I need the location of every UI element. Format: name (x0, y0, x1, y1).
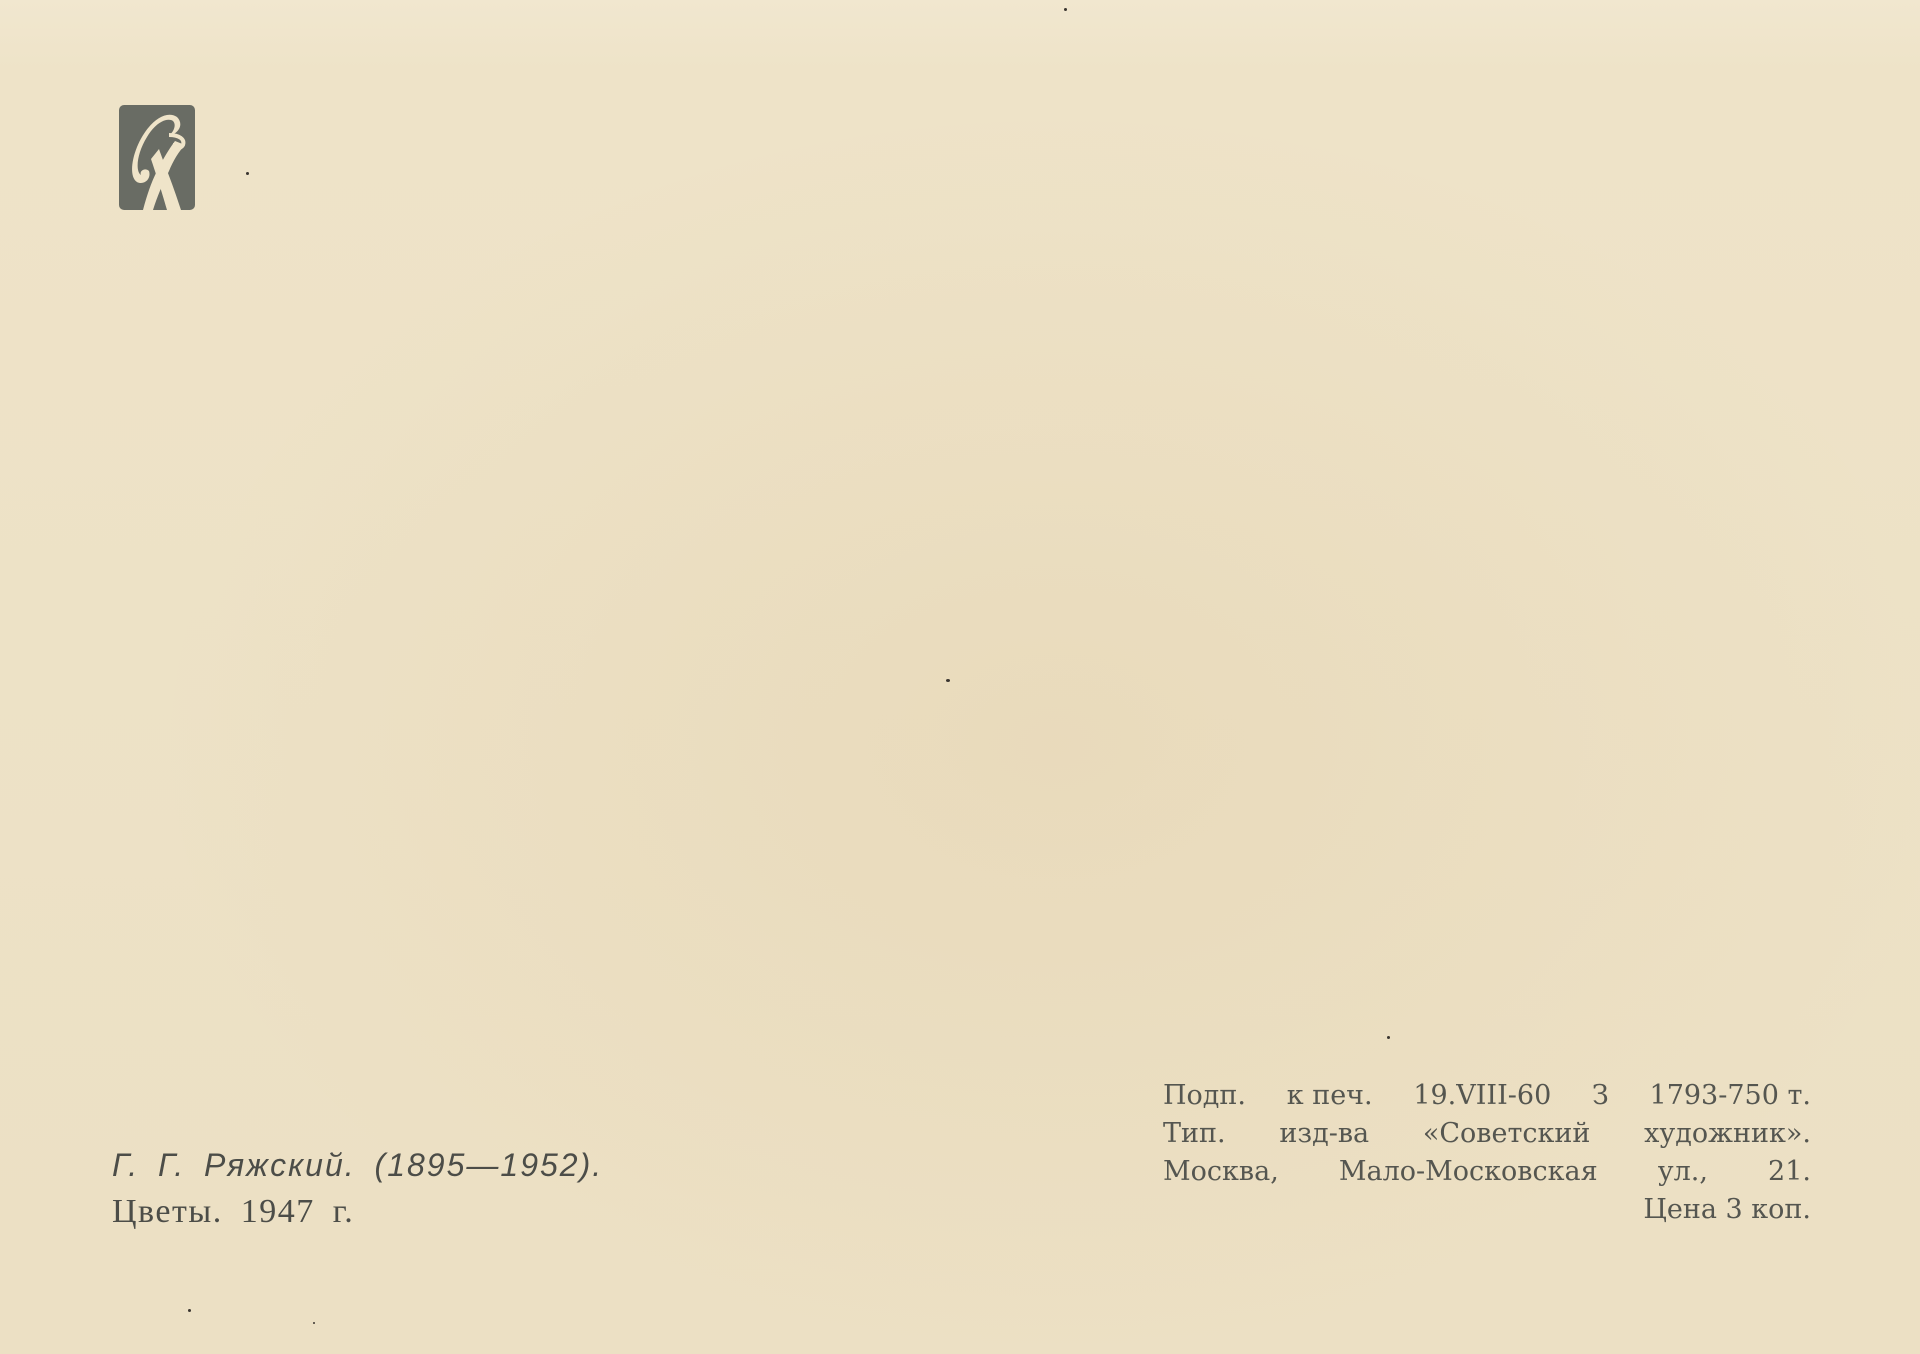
imprint-house-number: 21. (1768, 1153, 1811, 1191)
imprint-line-printer: Тип. изд-ва «Советский художник». (1163, 1115, 1811, 1153)
imprint-word: Тип. (1163, 1115, 1226, 1153)
imprint-line-print-date: Подп. к печ. 19.VIII-60 З 1793-750 т. (1163, 1077, 1811, 1115)
artwork-title: Цветы. 1947 г. (112, 1187, 603, 1237)
imprint-price: Цена 3 коп. (1643, 1191, 1811, 1229)
imprint-line-price: Цена 3 коп. (1163, 1191, 1811, 1229)
publisher-imprint: Подп. к печ. 19.VIII-60 З 1793-750 т. Ти… (1163, 1077, 1811, 1229)
imprint-order-code: З (1592, 1077, 1609, 1115)
imprint-line-address: Москва, Мало-Московская ул., 21. (1163, 1153, 1811, 1191)
imprint-date: 19.VIII-60 (1413, 1077, 1551, 1115)
imprint-print-run: 1793-750 т. (1650, 1077, 1811, 1115)
imprint-word: Подп. (1163, 1077, 1246, 1115)
imprint-publisher: «Советский (1423, 1115, 1591, 1153)
artwork-caption: Г. Г. Ряжский. (1895—1952). Цветы. 1947 … (112, 1143, 603, 1237)
sovetsky-khudozhnik-monogram-icon (119, 105, 195, 210)
publisher-logo (119, 105, 195, 210)
imprint-street: Мало-Московская (1339, 1153, 1598, 1191)
imprint-word: ул., (1658, 1153, 1708, 1191)
imprint-city: Москва, (1163, 1153, 1279, 1191)
imprint-word: изд-ва (1279, 1115, 1369, 1153)
imprint-publisher: художник». (1644, 1115, 1811, 1153)
artist-name: Г. Г. Ряжский. (1895—1952). (112, 1143, 603, 1187)
imprint-word: к печ. (1287, 1077, 1373, 1115)
